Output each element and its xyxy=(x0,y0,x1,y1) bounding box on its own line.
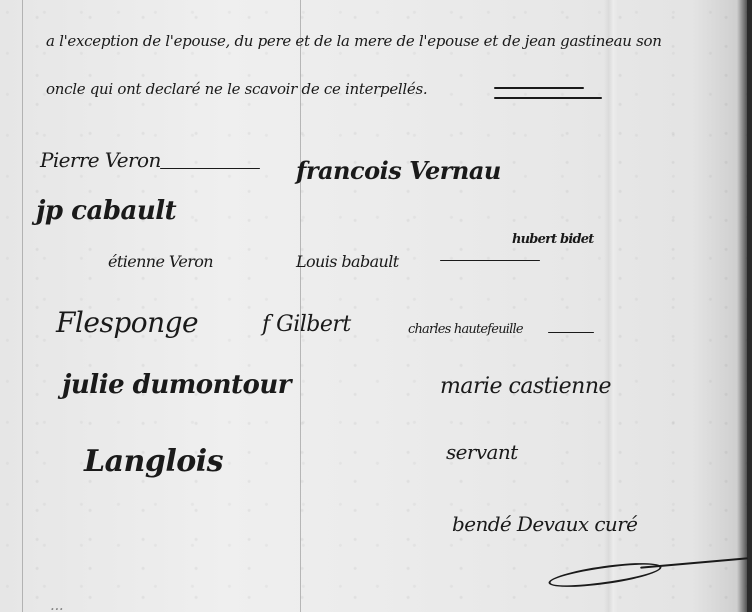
signature-flourish-tail xyxy=(640,557,748,568)
signature-louis-babault: Louis babault xyxy=(296,252,399,271)
body-line-1: a l'exception de l'epouse, du pere et de… xyxy=(46,32,662,50)
signature-underline xyxy=(440,260,540,261)
signature-underline xyxy=(160,168,260,169)
signature-francois-vernault: francois Vernau xyxy=(296,156,501,185)
signature-jp-cabault: jp cabault xyxy=(36,196,176,226)
signature-etienne-veron: étienne Veron xyxy=(108,252,213,271)
signature-underline xyxy=(548,332,594,333)
body-line-2: oncle qui ont declaré ne le scavoir de c… xyxy=(46,80,427,98)
signature-marie-castienne: marie castienne xyxy=(440,374,611,399)
next-entry-partial: ... xyxy=(50,596,63,612)
page-edge xyxy=(747,0,752,612)
signature-charles-hautefeuille: charles hautefeuille xyxy=(408,322,523,337)
signature-f-gilbert: f Gilbert xyxy=(262,312,351,337)
closing-stroke-2 xyxy=(494,97,602,99)
signature-julie-dumontour: julie dumontour xyxy=(62,370,291,400)
closing-stroke-1 xyxy=(494,87,584,89)
signature-bende-devaux: bendé Devaux curé xyxy=(452,512,637,536)
signature-flesponge: Flesponge xyxy=(56,306,198,339)
signature-langlois: Langlois xyxy=(84,444,223,479)
signature-hubert-bidet: hubert bidet xyxy=(512,232,593,247)
signature-servant: servant xyxy=(446,440,518,464)
margin-rule-left xyxy=(22,0,23,612)
signature-pierre-veron: Pierre Veron xyxy=(40,148,161,172)
register-page: a l'exception de l'epouse, du pere et de… xyxy=(0,0,752,612)
